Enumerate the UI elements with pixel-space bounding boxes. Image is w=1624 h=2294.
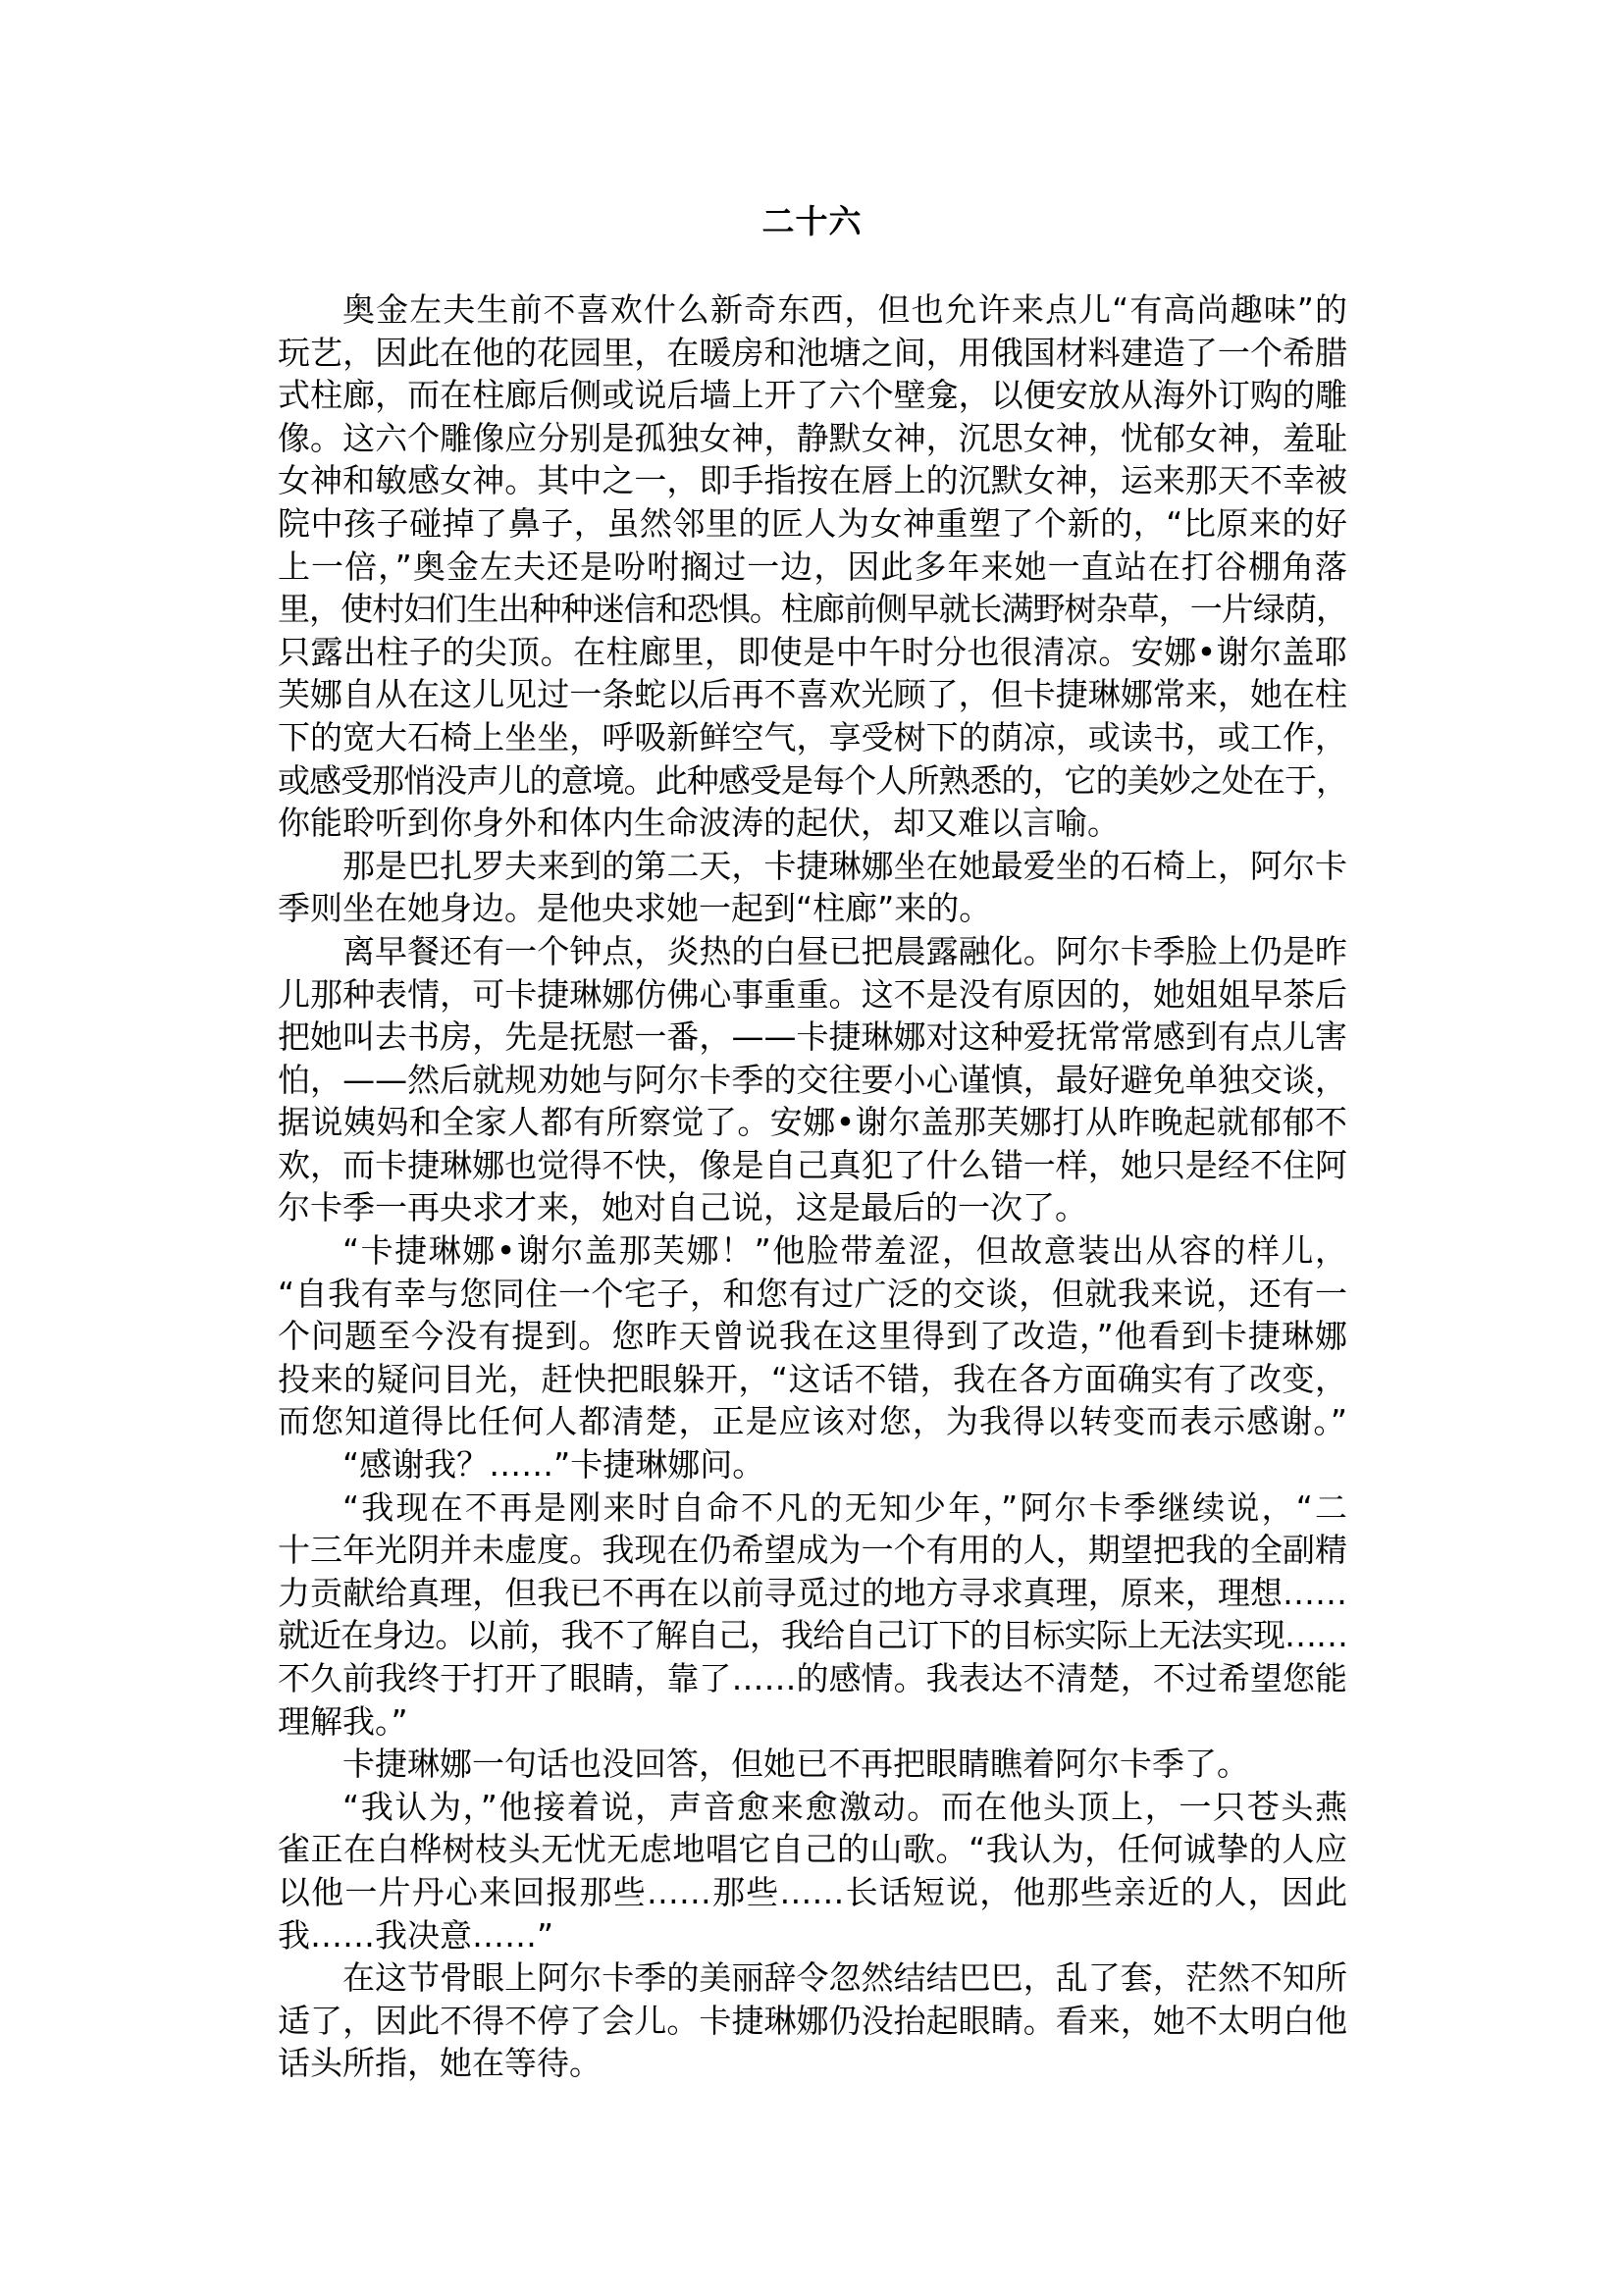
text-line: “自我有幸与您同住一个宅子，和您有过广泛的交谈，但就我来说，还有一 (278, 1273, 1347, 1316)
text-line: 奥金左夫生前不喜欢什么新奇东西，但也允许来点儿“有高尚趣味”的 (278, 288, 1347, 332)
paragraph: “我现在不再是刚来时自命不凡的无知少年，”阿尔卡季继续说，“二 十三年光阴并未虚… (278, 1486, 1347, 1744)
text-line: 里，使村妇们生出种种迷信和恐惧。柱廊前侧早就长满野树杂草，一片绿荫， (278, 588, 1347, 631)
text-line: 欢，而卡捷琳娜也觉得不快，像是自己真犯了什么错一样，她只是经不住阿 (278, 1144, 1347, 1187)
text-line: 那是巴扎罗夫来到的第二天，卡捷琳娜坐在她最爱坐的石椅上，阿尔卡 (278, 845, 1347, 888)
paragraph: “感谢我？……”卡捷琳娜问。 (278, 1443, 1347, 1486)
text-line: 把她叫去书房，先是抚慰一番，——卡捷琳娜对这种爱抚常常感到有点儿害 (278, 1016, 1347, 1059)
text-line: 你能聆听到你身外和体内生命波涛的起伏，却又难以言喻。 (278, 802, 1347, 845)
text-line: 上一倍，”奥金左夫还是吩咐搁过一边，因此多年来她一直站在打谷棚角落 (278, 546, 1347, 589)
text-line: 就近在身边。以前，我不了解自己，我给自己订下的目标实际上无法实现…… (278, 1614, 1347, 1657)
chapter-title: 二十六 (0, 200, 1624, 243)
text-line: 玩艺，因此在他的花园里，在暖房和池塘之间，用俄国材料建造了一个希腊 (278, 332, 1347, 375)
text-line: 不久前我终于打开了眼睛，靠了……的感情。我表达不清楚，不过希望您能 (278, 1657, 1347, 1700)
text-line: 或感受那悄没声儿的意境。此种感受是每个人所熟悉的，它的美妙之处在于， (278, 759, 1347, 803)
text-line: 女神和敏感女神。其中之一，即手指按在唇上的沉默女神，运来那天不幸被 (278, 459, 1347, 502)
text-line: 像。这六个雕像应分别是孤独女神，静默女神，沉思女神，忧郁女神，羞耻 (278, 417, 1347, 460)
text-line: 投来的疑问目光，赶快把眼躲开，“这话不错，我在各方面确实有了改变， (278, 1358, 1347, 1401)
text-line: 儿那种表情，可卡捷琳娜仿佛心事重重。这不是没有原因的，她姐姐早茶后 (278, 973, 1347, 1017)
paragraph: “我认为，”他接着说，声音愈来愈激动。而在他头顶上，一只苍头燕 雀正在白桦树枝头… (278, 1786, 1347, 1956)
text-line: 院中孩子碰掉了鼻子，虽然邻里的匠人为女神重塑了个新的，“比原来的好 (278, 502, 1347, 546)
text-line: 理解我。” (278, 1700, 1347, 1744)
text-line: 离早餐还有一个钟点，炎热的白昼已把晨露融化。阿尔卡季脸上仍是昨 (278, 930, 1347, 973)
text-line: 只露出柱子的尖顶。在柱廊里，即使是中午时分也很清凉。安娜•谢尔盖耶 (278, 631, 1347, 674)
text-line: 雀正在白桦树枝头无忧无虑地唱它自己的山歌。“我认为，任何诚挚的人应 (278, 1828, 1347, 1871)
paragraph: 奥金左夫生前不喜欢什么新奇东西，但也允许来点儿“有高尚趣味”的 玩艺，因此在他的… (278, 288, 1347, 845)
text-line: 下的宽大石椅上坐坐，呼吸新鲜空气，享受树下的荫凉，或读书，或工作， (278, 716, 1347, 759)
text-line: 芙娜自从在这儿见过一条蛇以后再不喜欢光顾了，但卡捷琳娜常来，她在柱 (278, 673, 1347, 716)
text-line: “感谢我？……”卡捷琳娜问。 (278, 1443, 1347, 1486)
text-line: 卡捷琳娜一句话也没回答，但她已不再把眼睛瞧着阿尔卡季了。 (278, 1743, 1347, 1786)
text-line: 话头所指，她在等待。 (278, 2042, 1347, 2085)
text-line: 以他一片丹心来回报那些……那些……长话短说，他那些亲近的人，因此 (278, 1871, 1347, 1914)
paragraph: “卡捷琳娜•谢尔盖那芙娜！”他脸带羞涩，但故意装出从容的样儿， “自我有幸与您同… (278, 1229, 1347, 1443)
body-text: 奥金左夫生前不喜欢什么新奇东西，但也允许来点儿“有高尚趣味”的 玩艺，因此在他的… (278, 288, 1347, 2085)
text-line: “我现在不再是刚来时自命不凡的无知少年，”阿尔卡季继续说，“二 (278, 1486, 1347, 1530)
text-line: 我……我决意……” (278, 1914, 1347, 1957)
text-line: “卡捷琳娜•谢尔盖那芙娜！”他脸带羞涩，但故意装出从容的样儿， (278, 1229, 1347, 1273)
paragraph: 在这节骨眼上阿尔卡季的美丽辞令忽然结结巴巴，乱了套，茫然不知所 适了，因此不得不… (278, 1956, 1347, 2085)
text-line: 而您知道得比任何人都清楚，正是应该对您，为我得以转变而表示感谢。” (278, 1400, 1347, 1443)
paragraph: 卡捷琳娜一句话也没回答，但她已不再把眼睛瞧着阿尔卡季了。 (278, 1743, 1347, 1786)
text-line: 个问题至今没有提到。您昨天曾说我在这里得到了改造，”他看到卡捷琳娜 (278, 1315, 1347, 1358)
text-line: 力贡献给真理，但我已不再在以前寻觅过的地方寻求真理，原来，理想…… (278, 1572, 1347, 1615)
paragraph: 那是巴扎罗夫来到的第二天，卡捷琳娜坐在她最爱坐的石椅上，阿尔卡 季则坐在她身边。… (278, 845, 1347, 930)
text-line: 怕，——然后就规劝她与阿尔卡季的交往要小心谨慎，最好避免单独交谈， (278, 1059, 1347, 1102)
document-page: 二十六 奥金左夫生前不喜欢什么新奇东西，但也允许来点儿“有高尚趣味”的 玩艺，因… (0, 0, 1624, 2294)
text-line: 在这节骨眼上阿尔卡季的美丽辞令忽然结结巴巴，乱了套，茫然不知所 (278, 1956, 1347, 2000)
text-line: 适了，因此不得不停了会儿。卡捷琳娜仍没抬起眼睛。看来，她不太明白他 (278, 2000, 1347, 2043)
text-line: 式柱廊，而在柱廊后侧或说后墙上开了六个壁龛，以便安放从海外订购的雕 (278, 374, 1347, 417)
text-line: 季则坐在她身边。是他央求她一起到“柱廊”来的。 (278, 887, 1347, 930)
text-line: “我认为，”他接着说，声音愈来愈激动。而在他头顶上，一只苍头燕 (278, 1786, 1347, 1829)
paragraph: 离早餐还有一个钟点，炎热的白昼已把晨露融化。阿尔卡季脸上仍是昨 儿那种表情，可卡… (278, 930, 1347, 1229)
text-line: 十三年光阴并未虚度。我现在仍希望成为一个有用的人，期望把我的全副精 (278, 1529, 1347, 1572)
text-line: 尔卡季一再央求才来，她对自己说，这是最后的一次了。 (278, 1186, 1347, 1229)
text-line: 据说姨妈和全家人都有所察觉了。安娜•谢尔盖那芙娜打从昨晚起就郁郁不 (278, 1101, 1347, 1144)
